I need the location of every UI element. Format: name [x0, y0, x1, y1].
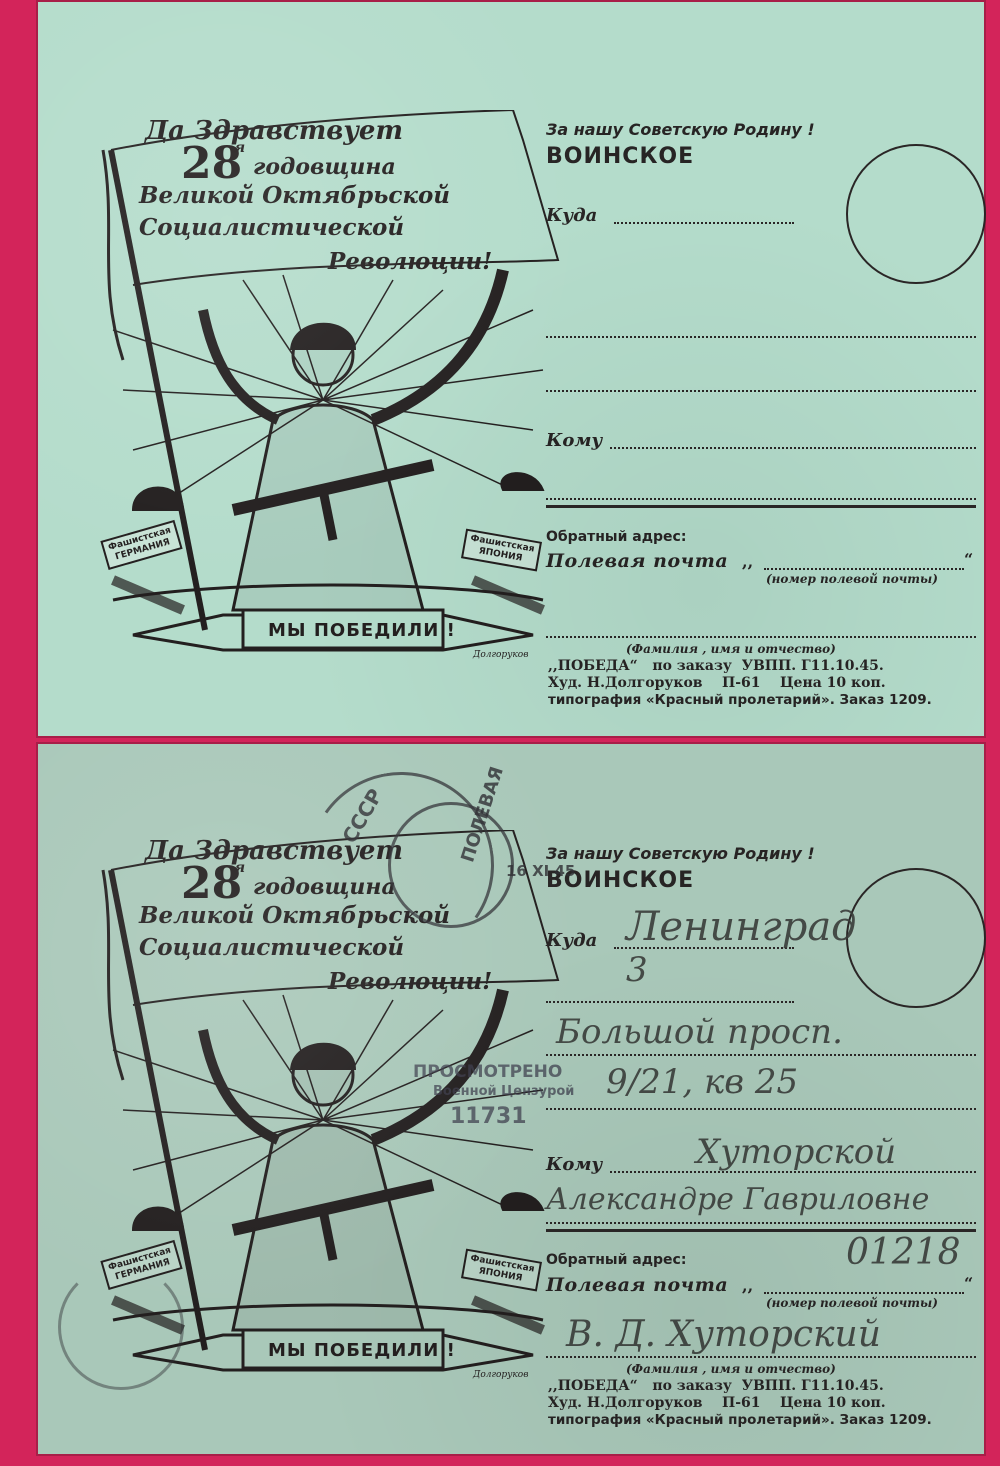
victory-banner-text: МЫ ПОБЕДИЛИ ! [268, 620, 456, 641]
to-whom-label: Кому [546, 430, 602, 451]
handwritten-house: 9/21, кв 25 [606, 1062, 798, 1102]
motto: За нашу Советскую Родину ! [546, 120, 815, 139]
imprint-line-2: Худ. Н.Долгоруков П-61 Цена 10 коп. [548, 675, 886, 692]
handwritten-city: Ленинград [626, 904, 857, 950]
stamp-placeholder-circle [846, 144, 986, 284]
field-post-hint: (номер полевой почты) [766, 572, 938, 586]
field-post-hint: (номер полевой почты) [766, 1296, 938, 1310]
censor-stamp-line-1: ПРОСМОТРЕНО [413, 1062, 562, 1082]
field-post-close-quote: “ [964, 1274, 973, 1293]
imprint-line-2: Худ. Н.Долгоруков П-61 Цена 10 коп. [548, 1395, 886, 1412]
handwritten-district: 3 [626, 950, 648, 990]
field-post-open-quote: ,, [742, 1276, 753, 1295]
field-post-number-line[interactable] [764, 568, 964, 570]
artist-signature: Долгоруков [473, 650, 528, 660]
return-address-label: Обратный адрес: [546, 1252, 686, 1268]
field-post-number-line[interactable] [764, 1292, 964, 1294]
to-where-line-3[interactable] [546, 1054, 976, 1056]
sender-name-hint: (Фамилия , имя и отчество) [626, 642, 836, 656]
field-post-open-quote: ,, [742, 552, 753, 571]
address-form: За нашу Советскую Родину ! ВОИНСКОЕ Куда… [546, 744, 986, 1454]
slogan-superscript: я [234, 860, 245, 876]
victory-banner-text: МЫ ПОБЕДИЛИ ! [268, 1340, 456, 1361]
postmark-date: 16 XI 45 [506, 862, 575, 880]
to-where-line-3[interactable] [546, 390, 976, 392]
address-form: За нашу Советскую Родину ! ВОИНСКОЕ Куда… [546, 2, 986, 736]
slogan-line-5: Революции! [328, 248, 492, 275]
slogan-line-4: Социалистической [139, 214, 404, 241]
slogan-line-3: Великой Октябрьской [139, 182, 450, 209]
imprint-line-3: типография «Красный пролетарий». Заказ 1… [548, 692, 932, 709]
to-where-label: Куда [546, 930, 597, 951]
sign-right-text: Фашистская ЯПОНИЯ [470, 1254, 535, 1284]
slogan-line-5: Революции! [328, 968, 492, 995]
envelope-card-unused: Да Здравствует 28 я годовщина Великой Ок… [38, 2, 984, 736]
imprint-line-1: ,,ПОБЕДА“ по заказу УВПП. Г11.10.45. [548, 1378, 884, 1395]
soldier-illustration: Да Здравствует 28 я годовщина Великой Ок… [93, 110, 563, 670]
field-post-close-quote: “ [964, 550, 973, 569]
postmark-lower-left [58, 1264, 184, 1390]
stamp-placeholder-circle [846, 868, 986, 1008]
field-post-label: Полевая почта [546, 550, 728, 572]
to-where-line-2[interactable] [546, 1001, 794, 1003]
postmark-inner-ring [388, 802, 514, 928]
handwritten-field-post-number: 01218 [846, 1232, 961, 1273]
handwritten-recipient-surname: Хуторской [696, 1132, 896, 1172]
handwritten-recipient-name: Александре Гавриловне [546, 1182, 929, 1217]
envelope-title: ВОИНСКОЕ [546, 144, 694, 169]
to-where-line-1[interactable] [614, 222, 794, 224]
to-where-line-4[interactable] [546, 1108, 976, 1110]
sender-name-line[interactable] [546, 636, 976, 638]
to-where-line-2[interactable] [546, 336, 976, 338]
sender-name-line[interactable] [546, 1356, 976, 1358]
return-address-label: Обратный адрес: [546, 529, 686, 545]
handwritten-sender-name: В. Д. Хуторский [566, 1314, 881, 1355]
to-where-label: Куда [546, 205, 597, 226]
address-divider [546, 505, 976, 508]
slogan-line-2: годовщина [253, 154, 396, 180]
imprint-line-3: типография «Красный пролетарий». Заказ 1… [548, 1412, 932, 1429]
sender-name-hint: (Фамилия , имя и отчество) [626, 1362, 836, 1376]
sign-right-text: Фашистская ЯПОНИЯ [470, 534, 535, 564]
to-whom-line-1[interactable] [610, 447, 976, 449]
field-post-label: Полевая почта [546, 1274, 728, 1296]
to-whom-line-2[interactable] [546, 498, 976, 500]
artist-signature: Долгоруков [473, 1370, 528, 1380]
censor-stamp-line-2: Военной Цензурой [433, 1084, 574, 1099]
censor-stamp-number: 11731 [450, 1104, 527, 1129]
handwritten-street: Большой просп. [556, 1012, 843, 1052]
to-whom-line-2[interactable] [546, 1222, 976, 1224]
envelope-card-posted: Да Здравствует 28 я годовщина Великой Ок… [38, 744, 984, 1454]
slogan-superscript: я [234, 140, 245, 156]
imprint-line-1: ,,ПОБЕДА“ по заказу УВПП. Г11.10.45. [548, 658, 884, 675]
to-whom-label: Кому [546, 1154, 602, 1175]
motto: За нашу Советскую Родину ! [546, 844, 815, 863]
